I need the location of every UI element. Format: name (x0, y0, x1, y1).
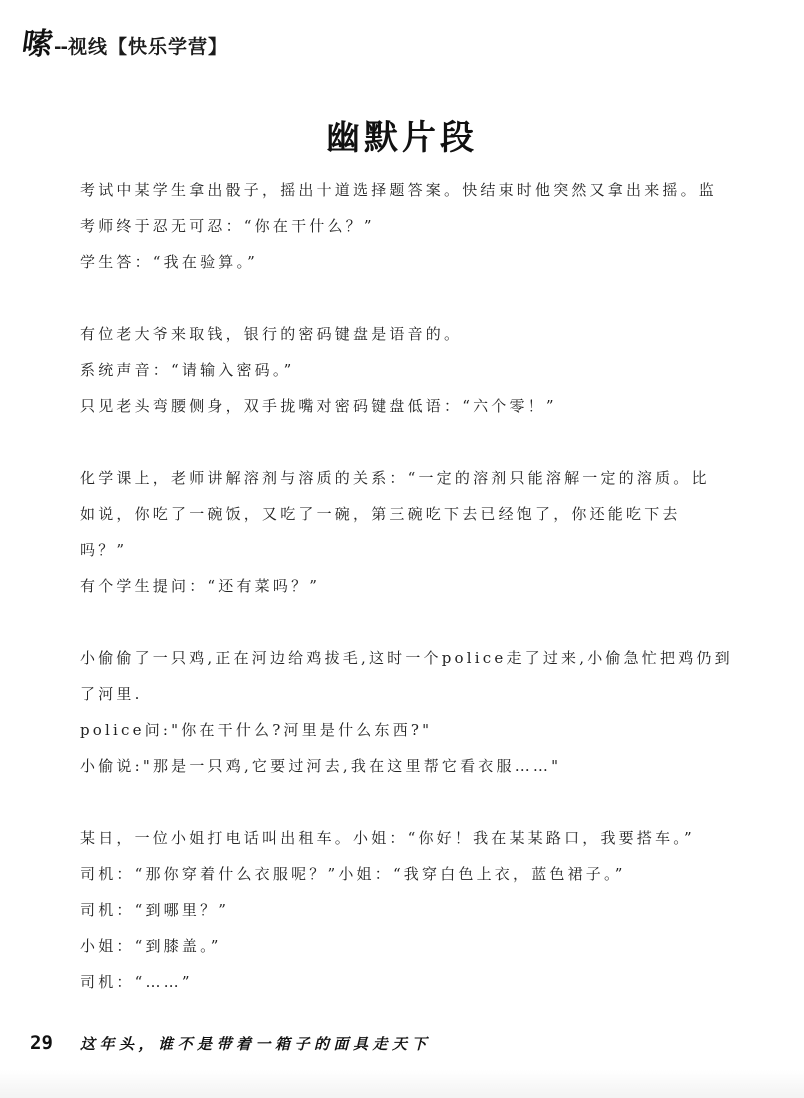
joke-5: 某日，一位小姐打电话叫出租车。小姐：“你好！我在某某路口，我要搭车。” 司机：“… (80, 820, 700, 1000)
text-line: 吗？” (80, 532, 700, 568)
text-line: 考试中某学生拿出骰子，摇出十道选择题答案。快结束时他突然又拿出来摇。监 (80, 172, 700, 208)
text-line: 只见老头弯腰侧身，双手拢嘴对密码键盘低语：“六个零！” (80, 388, 700, 424)
paragraph-gap (80, 604, 700, 640)
text-line: 有个学生提问：“还有菜吗？” (80, 568, 700, 604)
text-line: 司机：“那你穿着什么衣服呢？”小姐：“我穿白色上衣，蓝色裙子。” (80, 856, 700, 892)
text-line: 了河里. (80, 676, 700, 712)
jokes-body: 考试中某学生拿出骰子，摇出十道选择题答案。快结束时他突然又拿出来摇。监 考师终于… (80, 172, 700, 1000)
text-line: 小偷说:"那是一只鸡,它要过河去,我在这里帮它看衣服……" (80, 748, 700, 784)
text-line: 司机：“到哪里？” (80, 892, 700, 928)
text-line: 司机：“……” (80, 964, 700, 1000)
paragraph-gap (80, 784, 700, 820)
header-dash: -- (54, 37, 67, 58)
text-line: 有位老大爷来取钱，银行的密码键盘是语音的。 (80, 316, 700, 352)
joke-4: 小偷偷了一只鸡,正在河边给鸡拔毛,这时一个police走了过来,小偷急忙把鸡仍到… (80, 640, 700, 784)
page-title: 幽默片段 (0, 110, 804, 159)
text-line: 小姐：“到膝盖。” (80, 928, 700, 964)
joke-1: 考试中某学生拿出骰子，摇出十道选择题答案。快结束时他突然又拿出来摇。监 考师终于… (80, 172, 700, 280)
text-line: 学生答：“我在验算。” (80, 244, 700, 280)
text-line: 某日，一位小姐打电话叫出租车。小姐：“你好！我在某某路口，我要搭车。” (80, 820, 700, 856)
page-number: 29 (30, 1032, 80, 1054)
paragraph-gap (80, 280, 700, 316)
running-header: 嗦 -- 视线【快乐学营】 (22, 22, 228, 62)
text-line: 小偷偷了一只鸡,正在河边给鸡拔毛,这时一个police走了过来,小偷急忙把鸡仍到 (80, 640, 700, 676)
page-bottom-edge (0, 1070, 804, 1098)
paragraph-gap (80, 424, 700, 460)
footer-slogan: 这年头，谁不是带着一箱子的面具走天下 (80, 1033, 431, 1054)
text-line: 考师终于忍无可忍：“你在干什么？” (80, 208, 700, 244)
header-logo-char: 嗦 (20, 28, 55, 62)
joke-3: 化学课上，老师讲解溶剂与溶质的关系：“一定的溶剂只能溶解一定的溶质。比 如说，你… (80, 460, 700, 604)
text-line: 化学课上，老师讲解溶剂与溶质的关系：“一定的溶剂只能溶解一定的溶质。比 (80, 460, 700, 496)
joke-2: 有位老大爷来取钱，银行的密码键盘是语音的。 系统声音：“请输入密码。” 只见老头… (80, 316, 700, 424)
text-line: 系统声音：“请输入密码。” (80, 352, 700, 388)
text-line: police问:"你在干什么?河里是什么东西?" (80, 712, 700, 748)
text-line: 如说，你吃了一碗饭，又吃了一碗，第三碗吃下去已经饱了，你还能吃下去 (80, 496, 700, 532)
header-subtitle: 视线【快乐学营】 (68, 32, 228, 59)
page-footer: 29 这年头，谁不是带着一箱子的面具走天下 (30, 1032, 431, 1054)
